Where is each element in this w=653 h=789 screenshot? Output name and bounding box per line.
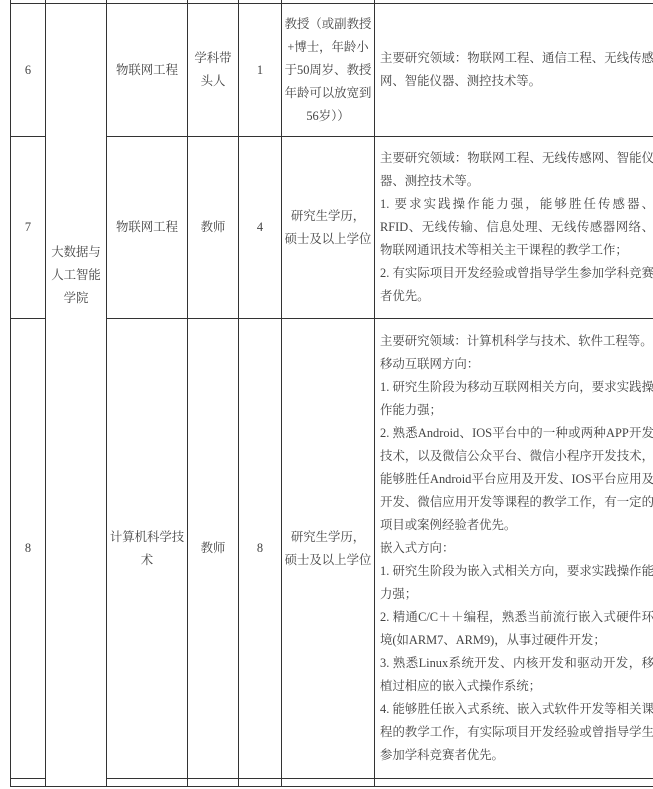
row-number-cell: 6	[11, 4, 46, 137]
requirements-cell: 主要研究领域：物联网工程、通信工程、无线传感网、智能仪器、测控技术等。	[375, 4, 653, 137]
qualification-cell: 研究生学历， 硕士及以上学位	[282, 137, 375, 319]
headcount-cell: 8	[239, 319, 282, 779]
empty-cell	[239, 779, 282, 787]
recruitment-positions-table: 6 大数据与人工智能学院 物联网工程 学科带头人 1 教授（或副教授+博士，年龄…	[10, 0, 653, 787]
position-type-cell: 教师	[188, 137, 239, 319]
recruitment-document-page: 6 大数据与人工智能学院 物联网工程 学科带头人 1 教授（或副教授+博士，年龄…	[0, 0, 653, 789]
table-row: 6 大数据与人工智能学院 物联网工程 学科带头人 1 教授（或副教授+博士，年龄…	[11, 4, 653, 137]
major-cell: 物联网工程	[107, 137, 188, 319]
empty-cell	[282, 779, 375, 787]
major-cell: 计算机科学技术	[107, 319, 188, 779]
table-row: 8 计算机科学技术 教师 8 研究生学历， 硕士及以上学位 主要研究领域：计算机…	[11, 319, 653, 779]
requirements-cell: 主要研究领域：计算机科学与技术、软件工程等。 移动互联网方向： 1. 研究生阶段…	[375, 319, 653, 779]
requirements-cell: 主要研究领域：物联网工程、无线传感网、智能仪器、测控技术等。 1. 要求实践操作…	[375, 137, 653, 319]
position-type-cell: 学科带头人	[188, 4, 239, 137]
qualification-cell: 教授（或副教授+博士，年龄小于50周岁、教授年龄可以放宽到56岁））	[282, 4, 375, 137]
table-row: 7 物联网工程 教师 4 研究生学历， 硕士及以上学位 主要研究领域：物联网工程…	[11, 137, 653, 319]
headcount-cell: 1	[239, 4, 282, 137]
row-number-cell: 7	[11, 137, 46, 319]
major-cell: 物联网工程	[107, 4, 188, 137]
row-number-cell: 8	[11, 319, 46, 779]
empty-cell	[188, 779, 239, 787]
position-type-cell: 教师	[188, 319, 239, 779]
table-row-cutoff-bottom	[11, 779, 653, 787]
college-name: 大数据与人工智能学院	[51, 245, 101, 305]
empty-cell	[375, 779, 653, 787]
empty-cell	[107, 779, 188, 787]
empty-cell	[11, 779, 46, 787]
qualification-cell: 研究生学历， 硕士及以上学位	[282, 319, 375, 779]
headcount-cell: 4	[239, 137, 282, 319]
college-cell: 大数据与人工智能学院	[46, 4, 107, 787]
